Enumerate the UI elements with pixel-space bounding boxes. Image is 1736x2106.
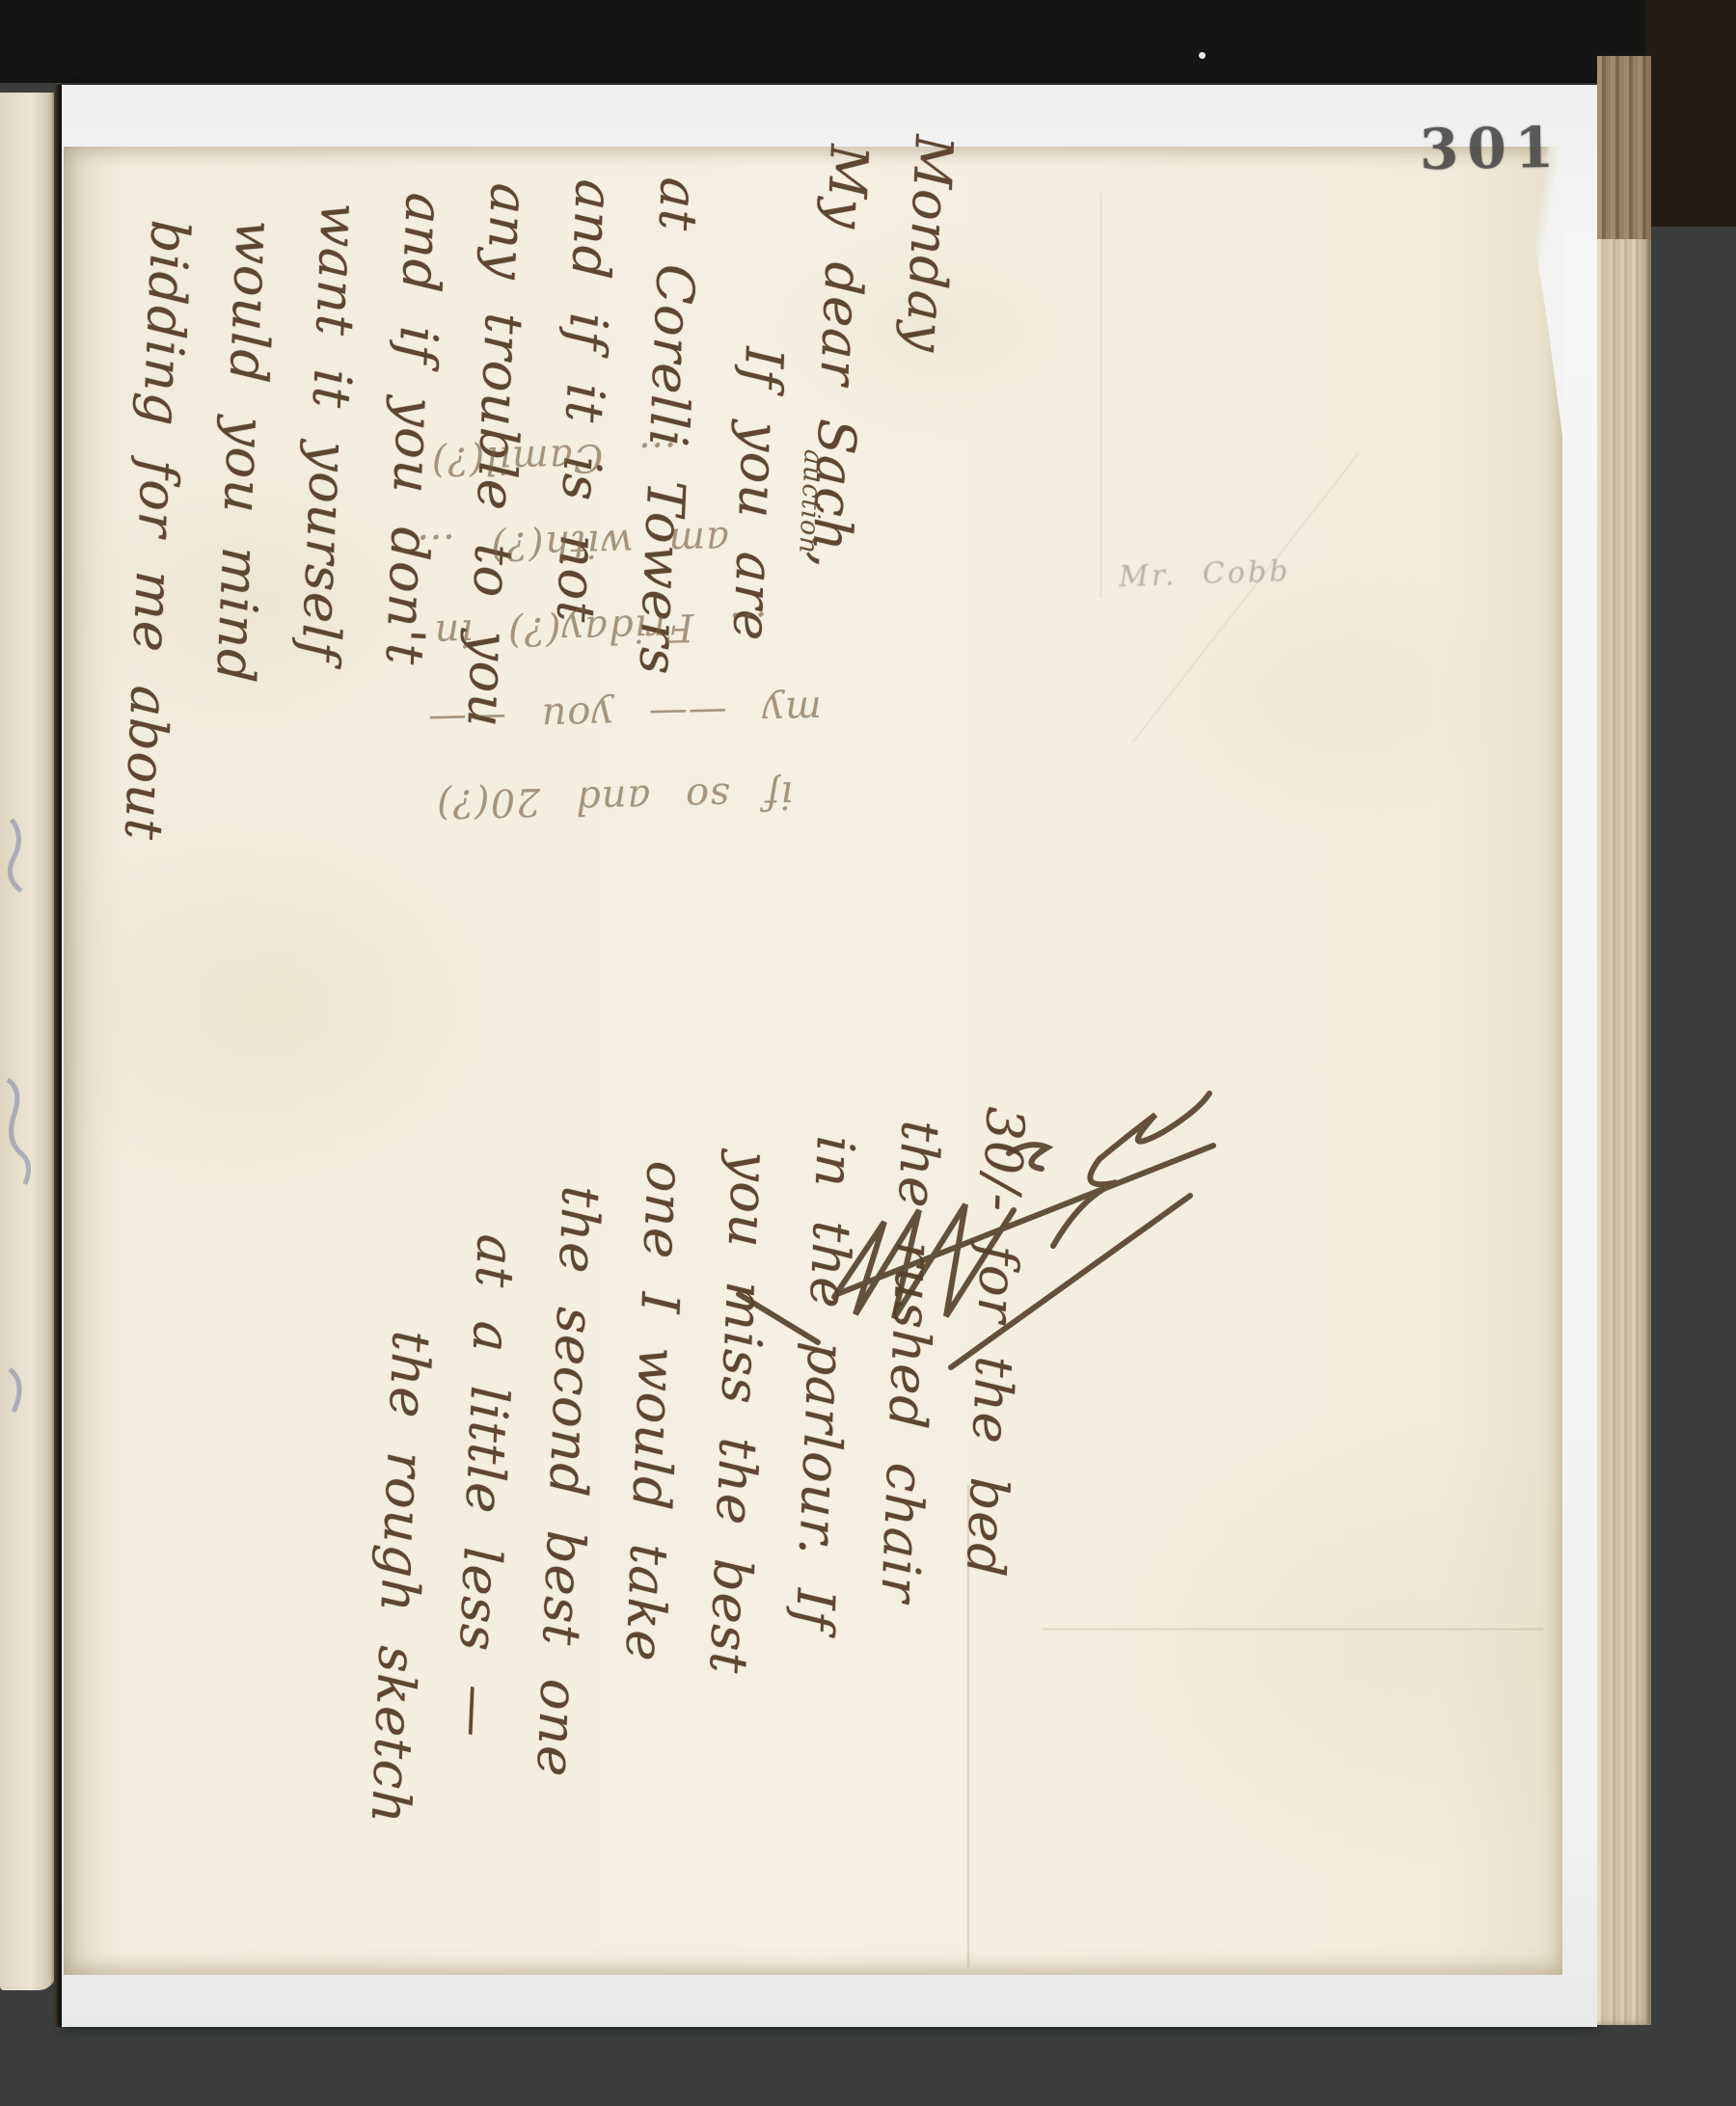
inverted-manuscript-line: am with(?) …	[242, 498, 730, 595]
photographed-manuscript-page: 301 Mr. Cobb auction MondayMy dear Sach,…	[0, 0, 1736, 2106]
letter-continuation-text: 30/- for the bedthe rushed chairin the p…	[368, 1107, 1047, 1956]
inverted-manuscript-line: if so and 20(?)	[242, 752, 794, 851]
dust-fleck	[1199, 52, 1206, 59]
pencil-annotation: Mr. Cobb	[1118, 554, 1290, 594]
paper-crease	[1042, 1628, 1543, 1631]
page-number-stamp: 301	[1419, 115, 1562, 183]
page-block-fore-edge-top	[1597, 56, 1651, 239]
inverted-manuscript-line: … Friday(?) in	[242, 582, 769, 681]
book-cover-corner	[1645, 0, 1736, 227]
inverted-text-fragments: if so and 20(?)my —— you ——… Friday(?) i…	[243, 413, 822, 837]
previous-page-edge	[0, 93, 56, 1990]
inverted-manuscript-line: my —— you ——	[242, 667, 823, 768]
page-block-fore-edge	[1597, 56, 1651, 2025]
paper-crease	[1099, 193, 1102, 598]
background-top-shadow	[0, 0, 1736, 83]
inverted-manuscript-line: … Camil(?)	[242, 413, 678, 509]
